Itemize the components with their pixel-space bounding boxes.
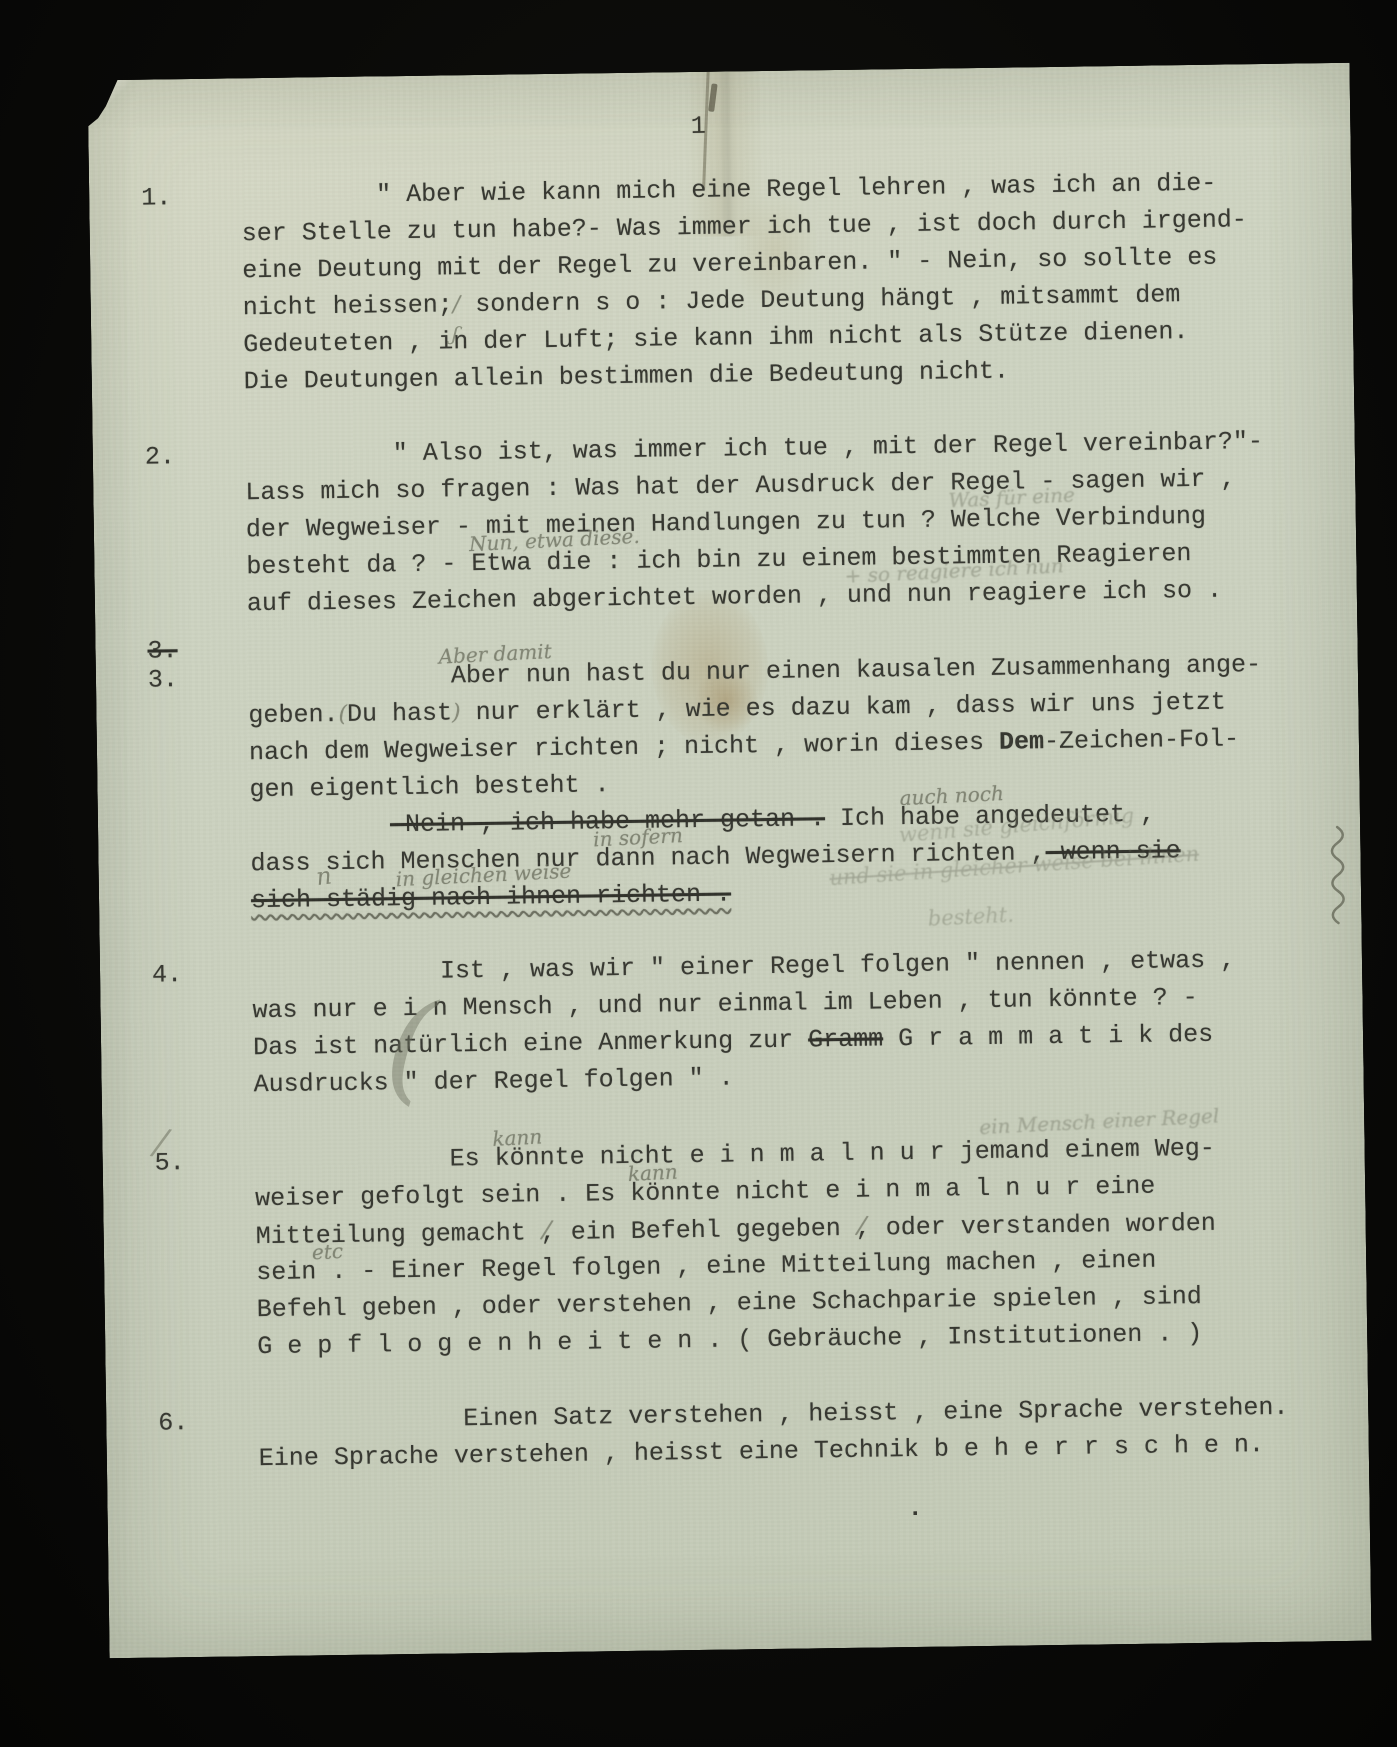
pencil-squiggle-brace xyxy=(1325,825,1350,925)
section-1: 1." Aber wie kann mich eine Regel lehren… xyxy=(89,163,1354,403)
typed-text: Es xyxy=(449,1144,494,1174)
typed-text: G r a m m a t i k des xyxy=(883,1020,1213,1054)
section-number-label: 2. xyxy=(145,442,175,471)
pencil-n-insert: n xyxy=(315,861,334,891)
section-number-label: 3. xyxy=(148,665,178,694)
section-number-label: 4. xyxy=(152,960,182,989)
section-number: 2. xyxy=(93,437,248,624)
section-number-struck: 3. xyxy=(147,632,178,669)
section-text: " Aber wie kann mich eine Regel lehren ,… xyxy=(241,164,1249,400)
typed-text: weiser gefolgt sein . Es xyxy=(255,1179,630,1213)
trailing-period: . xyxy=(107,1484,1369,1539)
pencil-annotation: Aber damit xyxy=(438,639,440,676)
section-text: " Also ist, was immer ich tue , mit der … xyxy=(245,423,1266,622)
pencil-annotation: ) xyxy=(452,700,461,725)
section-6: 6.Einen Satz verstehen , heisst , eine S… xyxy=(106,1388,1369,1480)
typed-text: jemand einem Weg- xyxy=(960,1134,1215,1167)
typed-text: nach dem Wegweiser richten ; nicht , wor… xyxy=(249,728,999,767)
typed-line: in gleichen weisesich städig nach ihnen … xyxy=(251,868,1265,919)
typed-text xyxy=(825,804,840,833)
typed-text: geben. xyxy=(248,700,338,730)
torn-corner xyxy=(88,80,139,141)
section-2: 2." Also ist, was immer ich tue , mit de… xyxy=(93,422,1357,625)
typed-text: ein Befehl gegeben , xyxy=(556,1214,871,1247)
typed-text: G e p f l o g e n h e i t e n . ( Gebräu… xyxy=(257,1319,1202,1361)
typed-text: könnte nicht e i n m a l n u r xyxy=(494,1137,959,1172)
pencil-slash: / xyxy=(856,1207,859,1244)
section-number: 5. xyxy=(102,1143,257,1367)
section-4: 4.Ist , was wir " einer Regel folgen " n… xyxy=(100,940,1364,1106)
typed-text: Das ist natürlich eine Anmerkung zur xyxy=(253,1025,808,1062)
manuscript-page: 1 1." Aber wie kann mich eine Regel lehr… xyxy=(88,63,1372,1658)
typed-text: Die Deutungen allein bestimmen die Bedeu… xyxy=(244,357,1009,397)
pencil-annotation: / xyxy=(453,292,461,317)
section-number: 1. xyxy=(89,178,244,402)
typed-text: Du hast xyxy=(347,698,452,728)
typed-text: Dem xyxy=(999,727,1044,757)
section-number: 4. xyxy=(100,955,254,1105)
section-text: Einen Satz verstehen , heisst , eine Spr… xyxy=(258,1389,1289,1477)
section-text: Aber damitAber nun hast du nur einen kau… xyxy=(248,646,1265,919)
document-body: 1." Aber wie kann mich eine Regel lehren… xyxy=(89,163,1369,1479)
section-3: 3.3.Aber damitAber nun hast du nur einen… xyxy=(96,645,1361,922)
section-number-label: 1. xyxy=(141,183,171,212)
typed-text: oder verstanden worden xyxy=(871,1209,1216,1243)
section-number: 6. xyxy=(106,1403,259,1479)
typed-text: -Zeichen-Fol- xyxy=(1044,724,1239,756)
typed-text: besteht da ? - xyxy=(246,549,471,581)
pencil-scribble-3: besteht. xyxy=(927,903,1014,931)
typed-text: nicht heissen; xyxy=(243,290,453,322)
section-text: Es kannkönnte nicht e i n m a l n u r ei… xyxy=(254,1130,1217,1365)
section-number: 3.3. xyxy=(96,660,252,921)
section-5: 5.Es kannkönnte nicht e i n m a l n u r … xyxy=(102,1128,1367,1368)
typed-text: sondern s o : Jede Deutung hängt , mitsa… xyxy=(460,280,1180,319)
typed-text: könnte nicht e i n m a l n u r eine xyxy=(630,1172,1155,1208)
typed-text: sein xyxy=(256,1257,316,1287)
section-number-label: 6. xyxy=(158,1408,188,1437)
pencil-annotation: ( xyxy=(338,702,347,727)
typed-text: Ausdrucks " der Regel folgen " . xyxy=(253,1063,733,1099)
typed-text: Mitteilung gemacht , xyxy=(256,1218,556,1251)
struck-text: Gramm xyxy=(808,1024,883,1054)
typed-text: gen eigentlich besteht . xyxy=(249,770,609,804)
typed-text: auf dieses Zeichen abgerichtet worden , xyxy=(247,581,847,618)
